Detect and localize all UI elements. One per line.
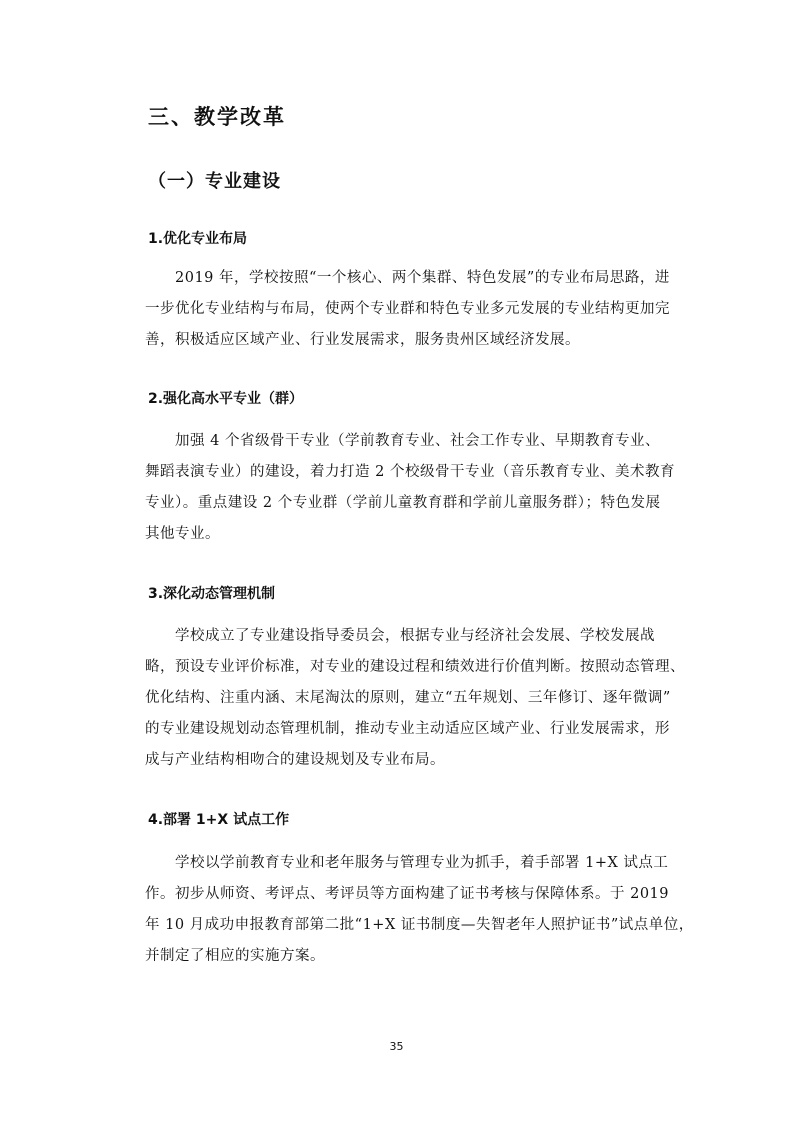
item-heading-2: 2.强化高水平专业（群） bbox=[148, 388, 303, 408]
paragraph-line: 略，预设专业评价标准，对专业的建设过程和绩效进行价值判断。按照动态管理、 bbox=[145, 652, 655, 683]
section-title: 三、教学改革 bbox=[148, 101, 286, 131]
paragraph-line: 其他专业。 bbox=[145, 519, 655, 550]
paragraph-line: 优化结构、注重内涵、末尾淘汰的原则，建立“五年规划、三年修订、逐年微调” bbox=[145, 683, 655, 714]
item-paragraph-4: 学校以学前教育专业和老年服务与管理专业为抓手，着手部署 1+X 试点工 作。初步… bbox=[145, 848, 655, 972]
page-number: 35 bbox=[0, 1040, 793, 1053]
item-heading-3: 3.深化动态管理机制 bbox=[148, 583, 275, 603]
paragraph-line: 舞蹈表演专业）的建设，着力打造 2 个校级骨干专业（音乐教育专业、美术教育 bbox=[145, 457, 655, 488]
document-page: 三、教学改革 （一）专业建设 1.优化专业布局 2019 年，学校按照“一个核心… bbox=[0, 0, 793, 1122]
paragraph-line: 2019 年，学校按照“一个核心、两个集群、特色发展”的专业布局思路，进 bbox=[145, 263, 655, 294]
paragraph-line: 年 10 月成功申报教育部第二批“1+X 证书制度—失智老年人照护证书”试点单位… bbox=[145, 910, 655, 941]
paragraph-line: 的专业建设规划动态管理机制，推动专业主动适应区域产业、行业发展需求，形 bbox=[145, 714, 655, 745]
paragraph-line: 学校成立了专业建设指导委员会，根据专业与经济社会发展、学校发展战 bbox=[145, 621, 655, 652]
paragraph-line: 一步优化专业结构与布局，使两个专业群和特色专业多元发展的专业结构更加完 bbox=[145, 294, 655, 325]
paragraph-line: 成与产业结构相吻合的建设规划及专业布局。 bbox=[145, 745, 655, 776]
item-paragraph-3: 学校成立了专业建设指导委员会，根据专业与经济社会发展、学校发展战 略，预设专业评… bbox=[145, 621, 655, 776]
paragraph-line: 并制定了相应的实施方案。 bbox=[145, 941, 655, 972]
item-paragraph-1: 2019 年，学校按照“一个核心、两个集群、特色发展”的专业布局思路，进 一步优… bbox=[145, 263, 655, 356]
paragraph-line: 作。初步从师资、考评点、考评员等方面构建了证书考核与保障体系。于 2019 bbox=[145, 879, 655, 910]
paragraph-line: 学校以学前教育专业和老年服务与管理专业为抓手，着手部署 1+X 试点工 bbox=[145, 848, 655, 879]
item-heading-4: 4.部署 1+X 试点工作 bbox=[148, 809, 289, 829]
paragraph-line: 专业）。重点建设 2 个专业群（学前儿童教育群和学前儿童服务群）；特色发展 bbox=[145, 488, 655, 519]
paragraph-line: 加强 4 个省级骨干专业（学前教育专业、社会工作专业、早期教育专业、 bbox=[145, 426, 655, 457]
paragraph-line: 善，积极适应区域产业、行业发展需求，服务贵州区域经济发展。 bbox=[145, 325, 655, 356]
subsection-title: （一）专业建设 bbox=[148, 167, 281, 193]
item-paragraph-2: 加强 4 个省级骨干专业（学前教育专业、社会工作专业、早期教育专业、 舞蹈表演专… bbox=[145, 426, 655, 550]
item-heading-1: 1.优化专业布局 bbox=[148, 228, 247, 248]
